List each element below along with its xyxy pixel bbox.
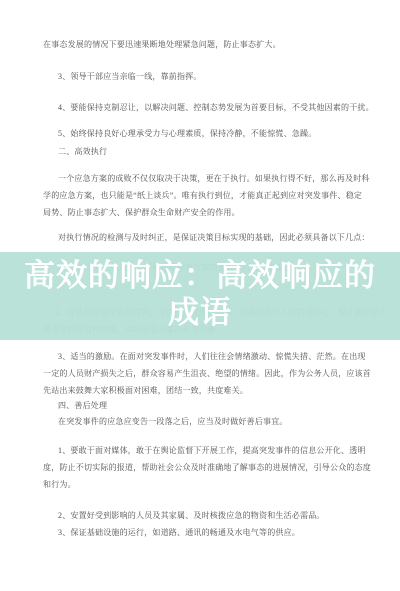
text-line: 对执行情况的检测与及时纠正，是保证决策目标实现的基础，因此必须具备以下几点：	[58, 233, 370, 242]
text-line: 一定的人员财产损失之后，群众容易产生沮丧、绝望的情绪。因此，作为公务人员，应该首	[43, 369, 371, 378]
text-line: 3、领导干部应当亲临一线，靠前指挥。	[58, 72, 202, 81]
text-line: 和行为。	[43, 480, 76, 489]
section-heading: 四、善后处理	[58, 401, 107, 410]
text-line: 学的应急方案，也只能是“纸上谈兵”。唯有执行到位，才能真正起到应对突发事件、稳定	[43, 191, 362, 200]
text-line: 一个应急方案的成败不仅仅取决于决策，更在于执行。如果执行得不好，那么再及时科	[58, 174, 370, 183]
title-overlay-banner: 高效的响应：高效响应的成语	[0, 252, 400, 340]
section-heading: 二、高效执行	[58, 147, 107, 156]
text-line: 度，防止不切实际的报道，帮助社会公众及时准确地了解事态的进展情况，引导公众的态度	[43, 463, 371, 472]
text-line: 在事态发展的情况下要迅速果断地处理紧急问题，防止事态扩大。	[43, 40, 281, 49]
text-line: 4、要能保持克制忍让，以解决问题、控制态势发展为首要目标，不受其他因素的干扰。	[58, 103, 374, 112]
text-line: 先站出来鼓舞大家积极面对困难，团结一致，共度难关。	[43, 386, 248, 395]
text-line: 5、始终保持良好心理承受力与心理素质，保持冷静，不能惊慌、急躁。	[58, 129, 316, 138]
article-page: 在事态发展的情况下要迅速果断地处理紧急问题，防止事态扩大。 3、领导干部应当亲临…	[0, 0, 400, 591]
text-line: 1、要敢于面对媒体，敢于在舆论监督下开展工作，提高突发事件的信息公开化、透明	[58, 446, 366, 455]
text-line: 在突发事件的应急应变告一段落之后，应当及时做好善后事宜。	[58, 417, 288, 426]
text-line: 2、安置好受到影响的人员及其家属、及时核拨应急的物资和生活必需品。	[58, 511, 325, 520]
text-line: 3、适当的激励。在面对突发事件时，人们往往会情绪激动、惊慌失措、茫然。在出现	[58, 352, 366, 361]
text-line: 局势、防止事态扩大、保护群众生命财产安全的作用。	[43, 208, 240, 217]
text-line: 3、保证基础设施的运行，如道路、通讯的畅通及水电气等的供应。	[58, 528, 300, 537]
page-title: 高效的响应：高效响应的成语	[9, 252, 391, 331]
